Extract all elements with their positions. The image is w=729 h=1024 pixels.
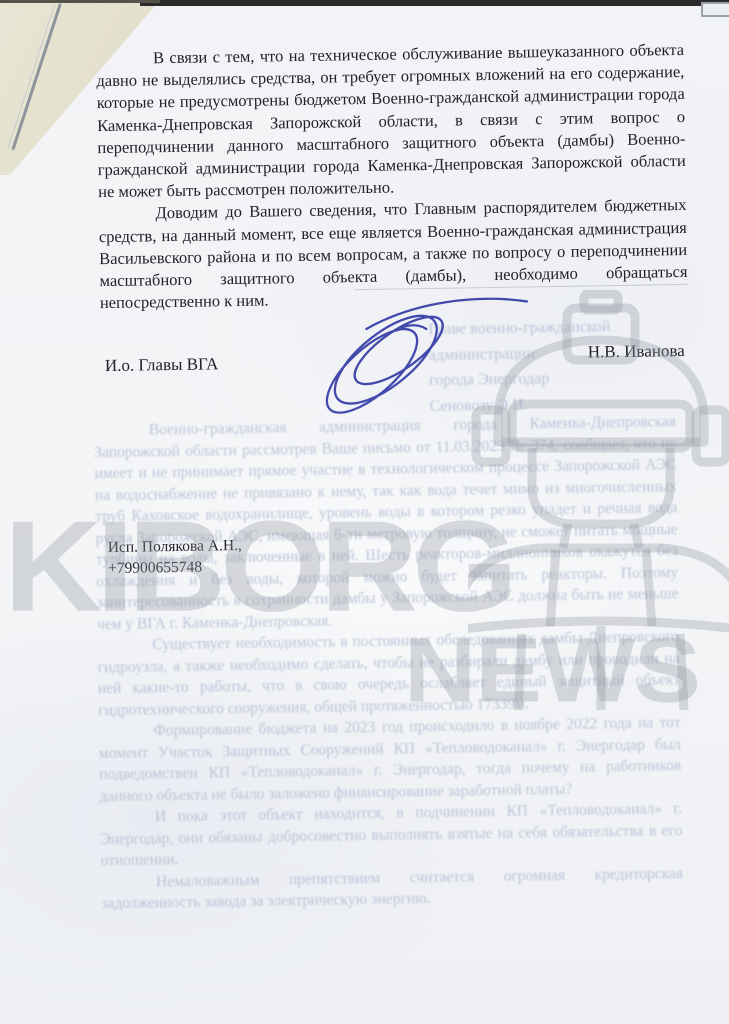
bleedthrough-paragraph: И пока этот объект находится, в подчинен… <box>100 798 683 872</box>
bleedthrough-body-text: Военно-гражданская администрация города … <box>94 411 684 915</box>
scanned-letter-page: Главе военно-гражданскойадминистрациигор… <box>0 0 729 1024</box>
executor-name: Исп. Полякова А.Н., <box>108 535 242 558</box>
bleedthrough-recipient-line: Главе военно-гражданской <box>428 313 658 342</box>
letter-paragraph: В связи с тем, что на техническое обслуж… <box>96 39 686 204</box>
bleedthrough-paragraph: Немаловажным препятствием считается огро… <box>101 863 684 915</box>
executor-phone: +79900655748 <box>108 556 242 579</box>
bleedthrough-paragraph: Формирование бюджета на 2023 год происхо… <box>98 712 681 807</box>
bleedthrough-paragraph: Существует необходимость в постоянных об… <box>97 626 680 721</box>
bleedthrough-recipient-line: города Энергодар <box>429 364 659 393</box>
bleedthrough-recipient-block: Главе военно-гражданскойадминистрациигор… <box>428 313 660 419</box>
letter-content: Главе военно-гражданскойадминистрациигор… <box>0 0 729 1024</box>
letter-body-text: В связи с тем, что на техническое обслуж… <box>96 39 688 315</box>
signature-row: И.о. Главы ВГА Н.В. Иванова <box>105 341 685 350</box>
signer-name: Н.В. Иванова <box>588 341 685 363</box>
executor-block: Исп. Полякова А.Н., +79900655748 <box>108 535 243 579</box>
bleedthrough-paragraph: Военно-гражданская администрация города … <box>94 411 679 635</box>
letter-paragraph: Доводим до Вашего сведения, что Главным … <box>98 194 688 314</box>
signer-title: И.о. Главы ВГА <box>105 354 219 376</box>
